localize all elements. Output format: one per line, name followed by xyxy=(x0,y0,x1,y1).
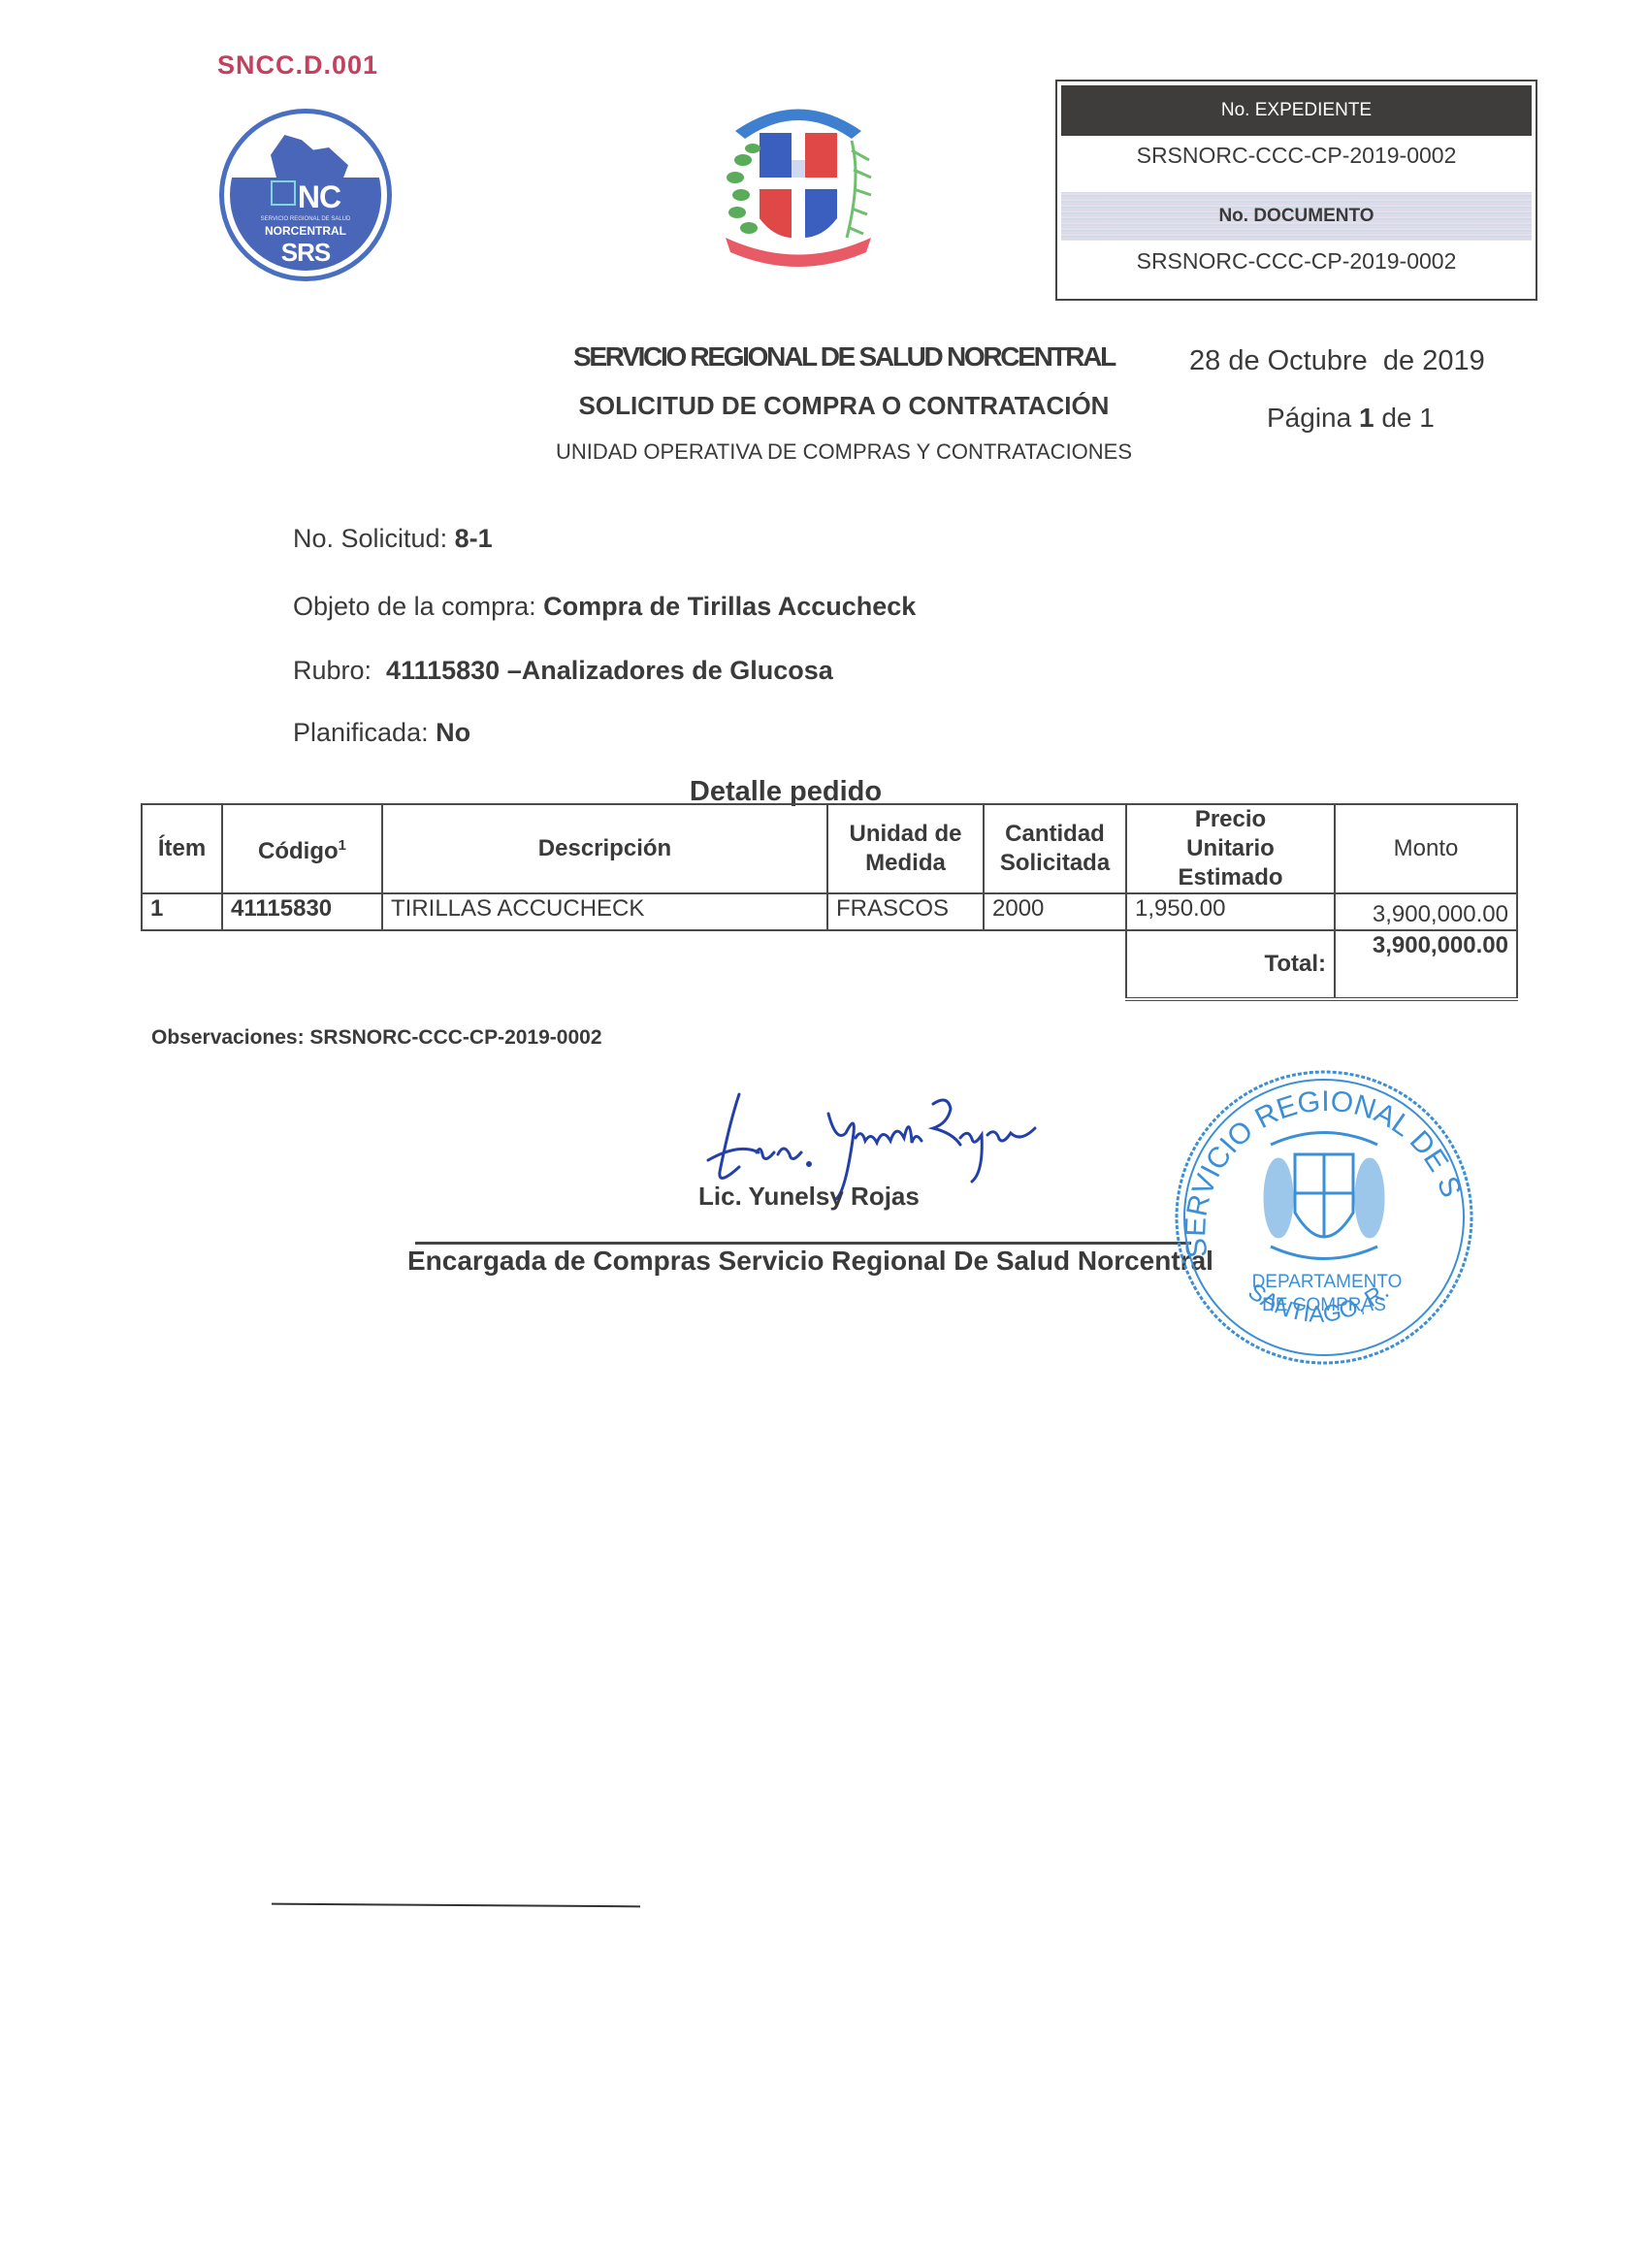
detail-table: Ítem Código1 Descripción Unidad deMedida… xyxy=(141,803,1518,1001)
col-item: Ítem xyxy=(142,804,222,893)
document-title: SOLICITUD DE COMPRA O CONTRATACIÓN xyxy=(543,391,1145,421)
blank-signature-line xyxy=(272,1903,640,1908)
srs-norcentral-logo: NC SERVICIO REGIONAL DE SALUD NORCENTRAL… xyxy=(219,109,392,281)
signature-line xyxy=(415,1242,1191,1245)
logo-initials-text: NC xyxy=(298,179,340,214)
unit-name: UNIDAD OPERATIVA DE COMPRAS Y CONTRATACI… xyxy=(504,439,1183,465)
col-precio-line2: Unitario xyxy=(1186,835,1275,861)
field-objeto: Objeto de la compra: Compra de Tirillas … xyxy=(293,592,916,622)
logo-region: NORCENTRAL xyxy=(230,224,381,238)
total-label: Total: xyxy=(1126,930,1335,999)
codigo-footnote: 1 xyxy=(339,837,346,854)
col-cantidad: CantidadSolicitada xyxy=(984,804,1126,893)
table-row: 1 41115830 TIRILLAS ACCUCHECK FRASCOS 20… xyxy=(142,893,1517,930)
logo-small-text: SERVICIO REGIONAL DE SALUD xyxy=(230,216,381,222)
col-monto: Monto xyxy=(1335,804,1517,893)
document-date: 28 de Octubre de 2019 xyxy=(1189,345,1485,377)
solicitud-label: No. Solicitud: xyxy=(293,524,455,553)
rubro-label: Rubro: xyxy=(293,656,386,685)
observaciones-label: Observaciones: xyxy=(151,1026,309,1049)
field-solicitud: No. Solicitud: 8-1 xyxy=(293,524,493,554)
col-codigo: Código1 xyxy=(222,804,382,893)
documento-value: SRSNORC-CCC-CP-2019-0002 xyxy=(1057,248,1536,275)
coat-of-arms-icon xyxy=(716,92,881,272)
field-planificada: Planificada: No xyxy=(293,718,470,748)
field-rubro: Rubro: 41115830 –Analizadores de Glucosa xyxy=(293,656,833,686)
col-unidad: Unidad deMedida xyxy=(827,804,984,893)
cell-descripcion: TIRILLAS ACCUCHECK xyxy=(382,893,827,930)
col-cantidad-line1: Cantidad xyxy=(1005,821,1105,847)
organization-name: SERVICIO REGIONAL DE SALUD NORCENTRAL xyxy=(543,341,1145,373)
objeto-value: Compra de Tirillas Accucheck xyxy=(543,592,916,621)
documento-label: No. DOCUMENTO xyxy=(1061,192,1532,241)
expediente-label: No. EXPEDIENTE xyxy=(1061,85,1532,136)
total-value: 3,900,000.00 xyxy=(1335,930,1517,999)
stamp-ring-text: SERVICIO REGIONAL DE SALUD NORCENTRAL II xyxy=(1164,1062,1468,1259)
objeto-label: Objeto de la compra: xyxy=(293,592,543,621)
logo-square-icon xyxy=(271,180,296,206)
signer-name: Lic. Yunelsy Rojas xyxy=(698,1182,920,1212)
cell-cantidad: 2000 xyxy=(984,893,1126,930)
page-prefix: Página xyxy=(1267,403,1359,433)
signer-title: Encargada de Compras Servicio Regional D… xyxy=(407,1246,1213,1277)
page-suffix: de 1 xyxy=(1374,403,1435,433)
official-stamp: SERVICIO REGIONAL DE SALUD NORCENTRAL II… xyxy=(1164,1062,1484,1373)
form-code: SNCC.D.001 xyxy=(217,50,378,81)
col-unidad-line2: Medida xyxy=(865,850,946,876)
col-precio-line1: Precio xyxy=(1195,806,1266,832)
page-current: 1 xyxy=(1359,403,1374,433)
col-unidad-line1: Unidad de xyxy=(849,821,961,847)
planificada-label: Planificada: xyxy=(293,718,436,747)
cell-monto: 3,900,000.00 xyxy=(1335,893,1517,930)
logo-initials: NC xyxy=(230,179,381,215)
solicitud-value: 8-1 xyxy=(455,524,493,553)
cell-unidad: FRASCOS xyxy=(827,893,984,930)
expediente-box: No. EXPEDIENTE SRSNORC-CCC-CP-2019-0002 … xyxy=(1055,80,1537,301)
logo-acronym: SRS xyxy=(230,238,381,268)
col-cantidad-line2: Solicitada xyxy=(1000,850,1110,876)
col-descripcion: Descripción xyxy=(382,804,827,893)
table-header-row: Ítem Código1 Descripción Unidad deMedida… xyxy=(142,804,1517,893)
observaciones-value: SRSNORC-CCC-CP-2019-0002 xyxy=(309,1026,601,1049)
cell-item: 1 xyxy=(142,893,222,930)
total-spacer xyxy=(142,930,1126,999)
observaciones: Observaciones: SRSNORC-CCC-CP-2019-0002 xyxy=(151,1026,602,1050)
col-codigo-text: Código xyxy=(258,838,339,864)
cell-codigo: 41115830 xyxy=(222,893,382,930)
expediente-value: SRSNORC-CCC-CP-2019-0002 xyxy=(1057,143,1536,169)
total-row: Total: 3,900,000.00 xyxy=(142,930,1517,999)
planificada-value: No xyxy=(436,718,470,747)
col-precio: PrecioUnitarioEstimado xyxy=(1126,804,1335,893)
stamp-coat-of-arms-icon xyxy=(1265,1133,1383,1259)
col-precio-line3: Estimado xyxy=(1178,864,1282,891)
logo-inner: NC SERVICIO REGIONAL DE SALUD NORCENTRAL… xyxy=(230,119,381,271)
cell-precio: 1,950.00 xyxy=(1126,893,1335,930)
rubro-value: 41115830 –Analizadores de Glucosa xyxy=(386,656,833,685)
page-indicator: Página 1 de 1 xyxy=(1267,403,1435,434)
